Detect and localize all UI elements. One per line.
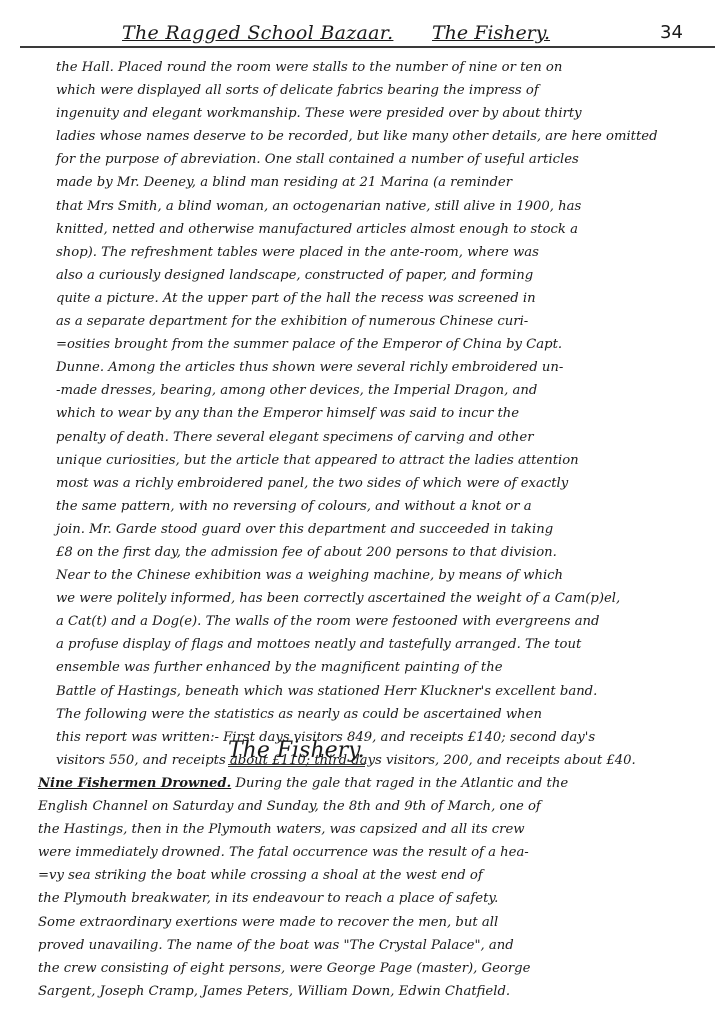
text-line: shop). The refreshment tables were place…	[56, 241, 704, 264]
text-line: were immediately drowned. The fatal occu…	[38, 841, 686, 864]
first-line-text: During the gale that raged in the Atlant…	[231, 776, 568, 791]
text-line: Some extraordinary exertions were made t…	[38, 911, 686, 934]
text-line: penalty of death. There several elegant …	[56, 426, 704, 449]
section-heading-fishery: The Fishery.	[228, 738, 365, 767]
text-line: the Plymouth breakwater, in its endeavou…	[38, 887, 686, 910]
text-line: the same pattern, with no reversing of c…	[56, 495, 704, 518]
sub-heading: Nine Fishermen Drowned.	[38, 776, 231, 791]
page-number: 34	[660, 22, 683, 43]
text-line: visitors 550, and receipts about £110; t…	[56, 749, 704, 772]
text-line: also a curiously designed landscape, con…	[56, 264, 704, 287]
text-line: proved unavailing. The name of the boat …	[38, 934, 686, 957]
header-section-title: The Fishery.	[432, 22, 550, 44]
text-line: Dunne. Among the articles thus shown wer…	[56, 356, 704, 379]
text-line: for the purpose of abreviation. One stal…	[56, 148, 704, 171]
text-line: a Cat(t) and a Dog(e). The walls of the …	[56, 610, 704, 633]
text-line: we were politely informed, has been corr…	[56, 587, 704, 610]
text-line: £8 on the first day, the admission fee o…	[56, 541, 704, 564]
text-line: English Channel on Saturday and Sunday, …	[38, 795, 686, 818]
text-line: ladies whose names deserve to be recorde…	[56, 125, 704, 148]
text-line: that Mrs Smith, a blind woman, an octoge…	[56, 195, 704, 218]
text-line: a profuse display of flags and mottoes n…	[56, 633, 704, 656]
text-line: the Hastings, then in the Plymouth water…	[38, 818, 686, 841]
text-line: Battle of Hastings, beneath which was st…	[56, 680, 704, 703]
text-line: =vy sea striking the boat while crossing…	[38, 864, 686, 887]
fishery-paragraph: Nine Fishermen Drowned. During the gale …	[38, 772, 686, 1003]
text-line: join. Mr. Garde stood guard over this de…	[56, 518, 704, 541]
text-line: Near to the Chinese exhibition was a wei…	[56, 564, 704, 587]
page-header: The Ragged School Bazaar. The Fishery. 3…	[0, 22, 715, 48]
text-line: most was a richly embroidered panel, the…	[56, 472, 704, 495]
text-line: this report was written:- First days vis…	[56, 726, 704, 749]
text-line: the Hall. Placed round the room were sta…	[56, 56, 704, 79]
text-line: quite a picture. At the upper part of th…	[56, 287, 704, 310]
header-rule	[20, 46, 715, 48]
text-line: the crew consisting of eight persons, we…	[38, 957, 686, 980]
header-title: The Ragged School Bazaar.	[122, 22, 393, 44]
text-line: The following were the statistics as nea…	[56, 703, 704, 726]
text-line: Nine Fishermen Drowned. During the gale …	[38, 772, 686, 795]
bazaar-paragraph: the Hall. Placed round the room were sta…	[56, 56, 704, 772]
text-line: made by Mr. Deeney, a blind man residing…	[56, 171, 704, 194]
text-line: Sargent, Joseph Cramp, James Peters, Wil…	[38, 980, 686, 1003]
text-line: knitted, netted and otherwise manufactur…	[56, 218, 704, 241]
text-line: which to wear by any than the Emperor hi…	[56, 402, 704, 425]
text-line: as a separate department for the exhibit…	[56, 310, 704, 333]
text-line: unique curiosities, but the article that…	[56, 449, 704, 472]
text-line: ingenuity and elegant workmanship. These…	[56, 102, 704, 125]
text-line: ensemble was further enhanced by the mag…	[56, 656, 704, 679]
text-line: =osities brought from the summer palace …	[56, 333, 704, 356]
text-line: -made dresses, bearing, among other devi…	[56, 379, 704, 402]
text-line: which were displayed all sorts of delica…	[56, 79, 704, 102]
